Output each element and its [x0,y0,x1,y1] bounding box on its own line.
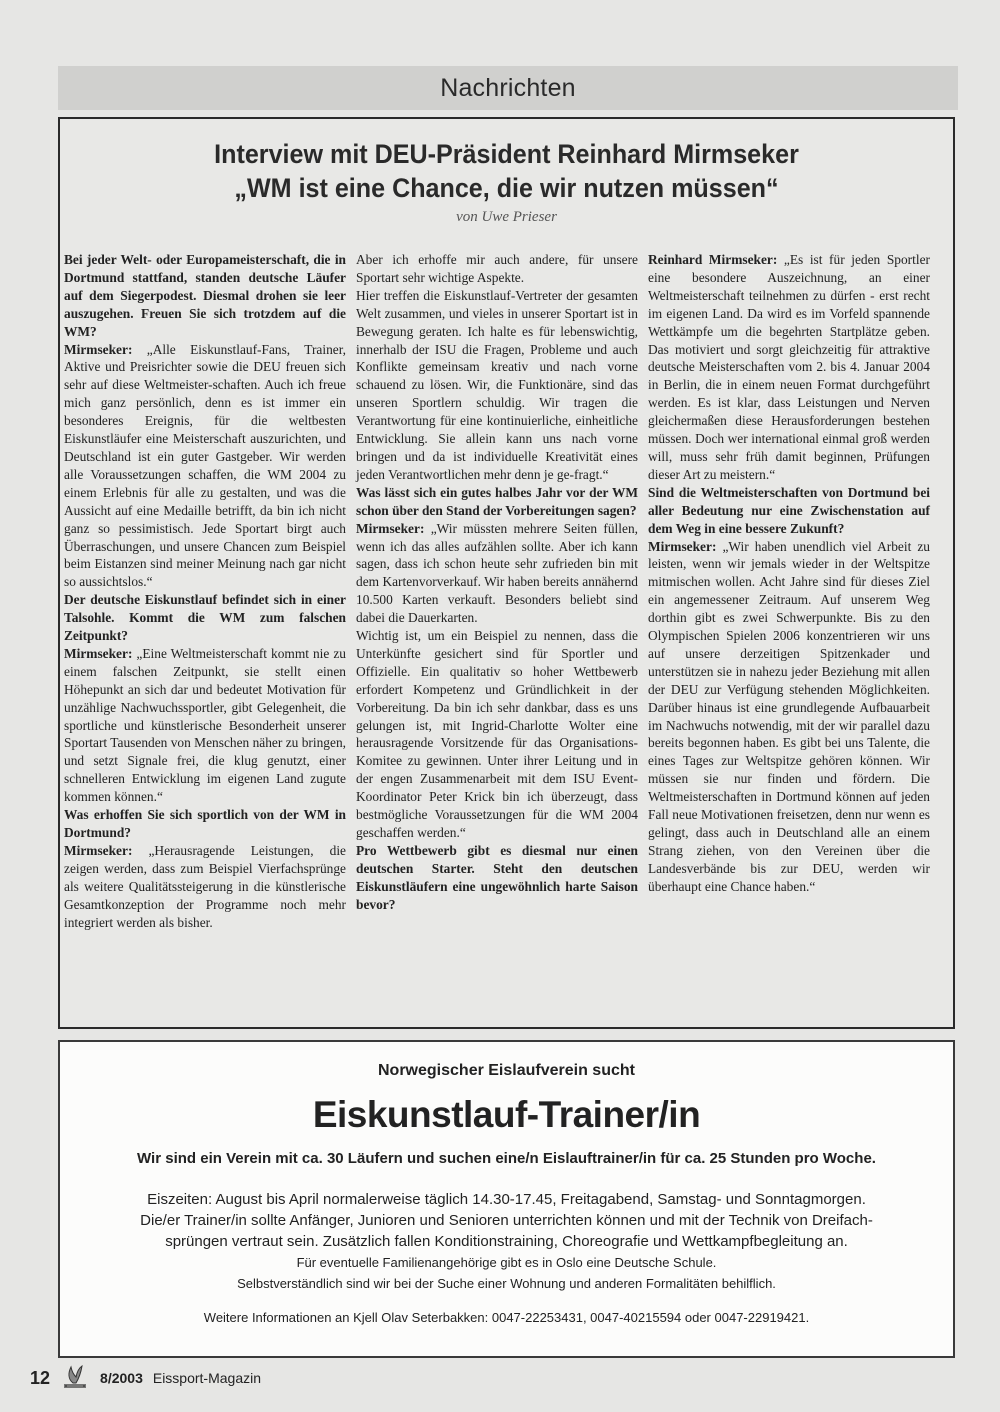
ad-kicker: Norwegischer Eislaufverein sucht [60,1062,953,1080]
headline-line-2: „WM ist eine Chance, die wir nutzen müss… [91,171,921,205]
question: Was erhoffen Sie sich sportlich von der … [64,806,346,842]
speaker: Mirmseker: [64,646,132,661]
ad-title: Eiskunstlauf-Trainer/in [60,1094,953,1136]
paragraph: Aber ich erhoffe mir auch andere, für un… [356,251,638,287]
page-number: 12 [30,1368,50,1389]
answer: Mirmseker: „Eine Weltmeisterschaft kommt… [64,645,346,806]
section-banner: Nachrichten [58,66,958,110]
answer: Mirmseker: „Herausragende Leistungen, di… [64,842,346,932]
speaker: Mirmseker: [64,342,132,357]
speaker: Reinhard Mirmseker: [648,252,777,267]
byline: von Uwe Prieser [60,209,953,226]
answer: Reinhard Mirmseker: „Es ist für jeden Sp… [648,251,930,484]
magazine-name: Eissport-Magazin [153,1370,261,1386]
article-box: Interview mit DEU-Präsident Reinhard Mir… [58,117,955,1029]
answer: Mirmseker: „Wir müssten mehrere Seiten f… [356,520,638,627]
speaker: Mirmseker: [648,539,716,554]
column-1: Bei jeder Welt- oder Europameisterschaft… [64,251,346,931]
ad-body: Eiszeiten: August bis April normalerweis… [60,1189,953,1294]
answer-continued: Wichtig ist, um ein Beispiel zu nennen, … [356,627,638,842]
headline: Interview mit DEU-Präsident Reinhard Mir… [91,137,921,205]
question: Bei jeder Welt- oder Europameisterschaft… [64,251,346,341]
skate-logo-icon [60,1363,90,1394]
speaker: Mirmseker: [356,521,424,536]
speaker: Mirmseker: [64,843,132,858]
paragraph: Hier treffen die Eiskunstlauf-Vertreter … [356,287,638,484]
answer: Mirmseker: „Alle Eiskunstlauf-Fans, Trai… [64,341,346,592]
headline-line-1: Interview mit DEU-Präsident Reinhard Mir… [91,137,921,171]
question: Der deutsche Eiskunstlauf befindet sich … [64,591,346,645]
ad-lead: Wir sind ein Verein mit ca. 30 Läufern u… [60,1150,953,1167]
page-footer: 12 8/2003 Eissport-Magazin [30,1364,261,1392]
question: Pro Wettbewerb gibt es diesmal nur einen… [356,842,638,914]
column-2: Aber ich erhoffe mir auch andere, für un… [356,251,638,931]
job-advertisement: Norwegischer Eislaufverein sucht Eiskuns… [58,1040,955,1358]
answer: Mirmseker: „Wir haben unendlich viel Arb… [648,538,930,896]
question: Sind die Weltmeisterschaften von Dortmun… [648,484,930,538]
ad-contact: Weitere Informationen an Kjell Olav Sete… [60,1310,953,1325]
question: Was lässt sich ein gutes halbes Jahr vor… [356,484,638,520]
column-3: Reinhard Mirmseker: „Es ist für jeden Sp… [648,251,930,931]
article-columns: Bei jeder Welt- oder Europameisterschaft… [64,251,945,931]
issue-number: 8/2003 [100,1370,143,1386]
section-title: Nachrichten [440,74,576,103]
